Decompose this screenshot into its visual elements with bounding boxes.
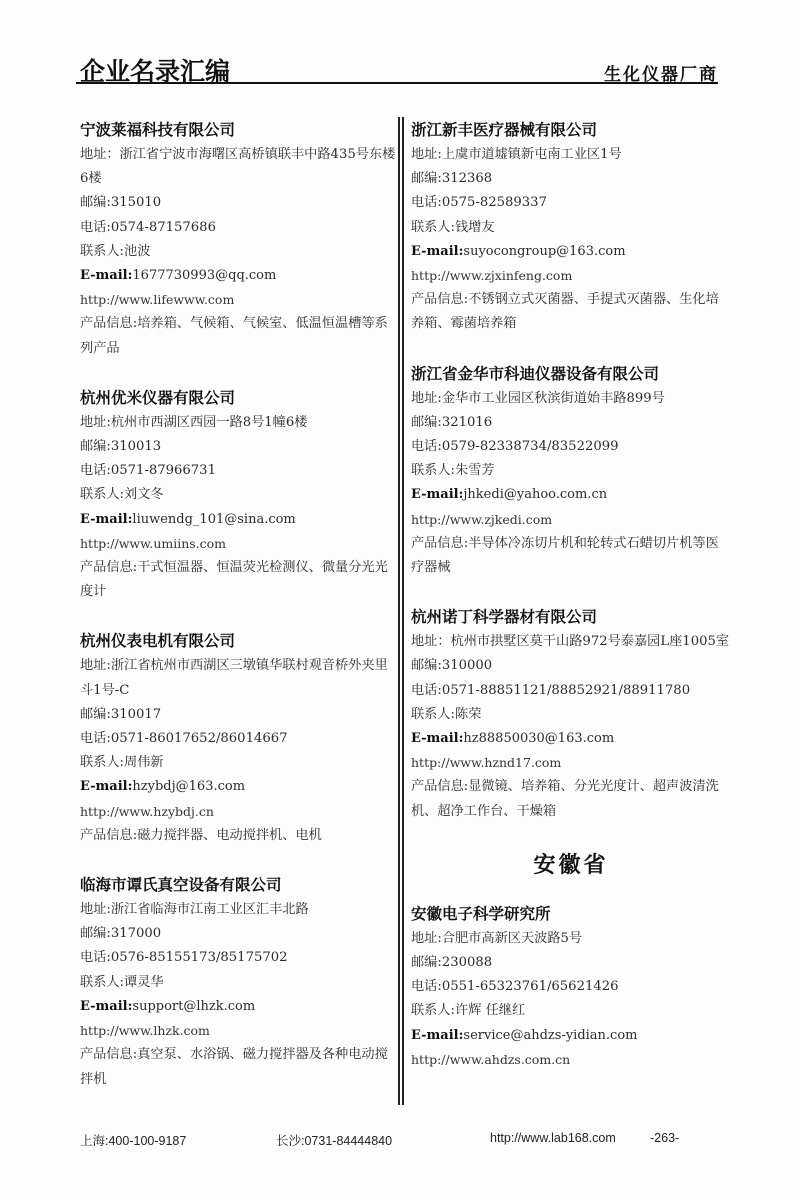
company-postcode: 邮编:317000	[80, 922, 396, 946]
company-products: 产品信息:半导体冷冻切片机和轮转式石蜡切片机等医疗器械	[411, 532, 731, 580]
company-contact: 联系人:朱雪芳	[411, 459, 731, 483]
company-website[interactable]: http://www.lhzk.com	[80, 1019, 396, 1043]
company-phone: 电话:0579-82338734/83522099	[411, 435, 731, 459]
company-contact: 联系人:刘文冬	[80, 483, 396, 507]
company-address: 地址：浙江省宁波市海曙区高桥镇联丰中路435号东楼6楼	[80, 143, 396, 191]
company-address: 地址:金华市工业园区秋滨街道始丰路899号	[411, 387, 731, 411]
company-address: 地址:杭州市西湖区西园一路8号1幢6楼	[80, 411, 396, 435]
email-value[interactable]: support@lhzk.com	[132, 999, 255, 1014]
company-email[interactable]: E-mail:hz88850030@163.com	[411, 727, 731, 751]
company-phone: 电话:0576-85155173/85175702	[80, 946, 396, 970]
company-entry: 浙江省金华市科迪仪器设备有限公司 地址:金华市工业园区秋滨街道始丰路899号 邮…	[411, 361, 731, 581]
email-value[interactable]: jhkedi@yahoo.com.cn	[463, 487, 607, 502]
company-entry: 宁波莱福科技有限公司 地址：浙江省宁波市海曙区高桥镇联丰中路435号东楼6楼 邮…	[80, 117, 396, 361]
company-name: 浙江新丰医疗器械有限公司	[411, 117, 731, 143]
company-address: 地址：杭州市拱墅区莫干山路972号泰嘉园L座1005室	[411, 630, 731, 654]
right-column: 浙江新丰医疗器械有限公司 地址:上虞市道墟镇新屯南工业区1号 邮编:312368…	[411, 117, 731, 1096]
company-website[interactable]: http://www.zjxinfeng.com	[411, 264, 731, 288]
email-value[interactable]: service@ahdzs-yidian.com	[463, 1028, 637, 1043]
company-entry: 杭州仪表电机有限公司 地址:浙江省杭州市西湖区三墩镇华联村观音桥外夹里斗1号-C…	[80, 628, 396, 848]
company-entry: 浙江新丰医疗器械有限公司 地址:上虞市道墟镇新屯南工业区1号 邮编:312368…	[411, 117, 731, 337]
company-postcode: 邮编:230088	[411, 951, 731, 975]
company-email[interactable]: E-mail:1677730993@qq.com	[80, 264, 396, 288]
company-products: 产品信息:不锈钢立式灭菌器、手提式灭菌器、生化培养箱、霉菌培养箱	[411, 288, 731, 336]
company-postcode: 邮编:310013	[80, 435, 396, 459]
company-products: 产品信息:磁力搅拌器、电动搅拌机、电机	[80, 824, 396, 848]
company-name: 宁波莱福科技有限公司	[80, 117, 396, 143]
company-entry: 临海市谭氏真空设备有限公司 地址:浙江省临海市江南工业区汇丰北路 邮编:3170…	[80, 872, 396, 1092]
company-email[interactable]: E-mail:service@ahdzs-yidian.com	[411, 1024, 731, 1048]
email-label: E-mail:	[411, 1028, 463, 1043]
company-email[interactable]: E-mail:support@lhzk.com	[80, 995, 396, 1019]
company-email[interactable]: E-mail:suyocongroup@163.com	[411, 240, 731, 264]
company-contact: 联系人:许辉 任继红	[411, 999, 731, 1023]
company-postcode: 邮编:310017	[80, 703, 396, 727]
company-email[interactable]: E-mail:jhkedi@yahoo.com.cn	[411, 483, 731, 507]
email-value[interactable]: 1677730993@qq.com	[132, 268, 276, 283]
province-heading: 安徽省	[411, 848, 731, 879]
company-website[interactable]: http://www.ahdzs.com.cn	[411, 1048, 731, 1072]
footer-website[interactable]: http://www.lab168.com	[490, 1131, 616, 1145]
company-entry: 杭州诺丁科学器材有限公司 地址：杭州市拱墅区莫干山路972号泰嘉园L座1005室…	[411, 604, 731, 824]
company-postcode: 邮编:310000	[411, 654, 731, 678]
email-value[interactable]: liuwendg_101@sina.com	[132, 512, 295, 527]
company-contact: 联系人:池波	[80, 240, 396, 264]
company-name: 安徽电子科学研究所	[411, 901, 731, 927]
email-value[interactable]: hz88850030@163.com	[463, 731, 614, 746]
company-name: 浙江省金华市科迪仪器设备有限公司	[411, 361, 731, 387]
page-number: -263-	[650, 1131, 679, 1145]
company-name: 杭州优米仪器有限公司	[80, 385, 396, 411]
footer-changsha-phone: 长沙:0731-84444840	[276, 1131, 392, 1149]
company-name: 杭州诺丁科学器材有限公司	[411, 604, 731, 630]
company-phone: 电话:0571-86017652/86014667	[80, 727, 396, 751]
company-postcode: 邮编:312368	[411, 167, 731, 191]
company-entry: 杭州优米仪器有限公司 地址:杭州市西湖区西园一路8号1幢6楼 邮编:310013…	[80, 385, 396, 605]
email-label: E-mail:	[411, 487, 463, 502]
email-label: E-mail:	[80, 512, 132, 527]
company-email[interactable]: E-mail:hzybdj@163.com	[80, 775, 396, 799]
company-phone: 电话:0571-87966731	[80, 459, 396, 483]
page-header: 企业名录汇编 生化仪器厂商	[80, 52, 718, 92]
email-label: E-mail:	[80, 268, 132, 283]
email-label: E-mail:	[80, 779, 132, 794]
company-products: 产品信息:干式恒温器、恒温荧光检测仪、微量分光光度计	[80, 556, 396, 604]
company-address: 地址:浙江省临海市江南工业区汇丰北路	[80, 898, 396, 922]
email-label: E-mail:	[411, 731, 463, 746]
company-postcode: 邮编:321016	[411, 411, 731, 435]
company-website[interactable]: http://www.lifewww.com	[80, 288, 396, 312]
company-website[interactable]: http://www.hzybdj.cn	[80, 800, 396, 824]
header-rule	[76, 82, 718, 84]
email-label: E-mail:	[411, 244, 463, 259]
company-phone: 电话:0574-87157686	[80, 216, 396, 240]
company-phone: 电话:0551-65323761/65621426	[411, 975, 731, 999]
email-value[interactable]: hzybdj@163.com	[132, 779, 245, 794]
company-name: 杭州仪表电机有限公司	[80, 628, 396, 654]
company-phone: 电话:0575-82589337	[411, 191, 731, 215]
company-products: 产品信息:显微镜、培养箱、分光光度计、超声波清洗机、超净工作台、干燥箱	[411, 775, 731, 823]
company-website[interactable]: http://www.zjkedi.com	[411, 508, 731, 532]
company-contact: 联系人:陈荣	[411, 703, 731, 727]
left-column: 宁波莱福科技有限公司 地址：浙江省宁波市海曙区高桥镇联丰中路435号东楼6楼 邮…	[80, 117, 396, 1116]
company-postcode: 邮编:315010	[80, 191, 396, 215]
company-name: 临海市谭氏真空设备有限公司	[80, 872, 396, 898]
company-contact: 联系人:钱增友	[411, 216, 731, 240]
company-contact: 联系人:谭灵华	[80, 971, 396, 995]
company-contact: 联系人:周伟新	[80, 751, 396, 775]
company-products: 产品信息:真空泵、水浴锅、磁力搅拌器及各种电动搅拌机	[80, 1043, 396, 1091]
email-label: E-mail:	[80, 999, 132, 1014]
column-divider	[398, 117, 404, 1105]
company-phone: 电话:0571-88851121/88852921/88911780	[411, 679, 731, 703]
email-value[interactable]: suyocongroup@163.com	[463, 244, 625, 259]
company-address: 地址:上虞市道墟镇新屯南工业区1号	[411, 143, 731, 167]
footer-shanghai-phone: 上海:400-100-9187	[80, 1131, 186, 1149]
company-products: 产品信息:培养箱、气候箱、气候室、低温恒温槽等系列产品	[80, 312, 396, 360]
company-address: 地址:合肥市高新区天波路5号	[411, 927, 731, 951]
company-entry: 安徽电子科学研究所 地址:合肥市高新区天波路5号 邮编:230088 电话:05…	[411, 901, 731, 1072]
company-website[interactable]: http://www.hznd17.com	[411, 751, 731, 775]
company-email[interactable]: E-mail:liuwendg_101@sina.com	[80, 508, 396, 532]
company-website[interactable]: http://www.umiins.com	[80, 532, 396, 556]
page-footer: 上海:400-100-9187 长沙:0731-84444840 http://…	[80, 1131, 720, 1151]
company-address: 地址:浙江省杭州市西湖区三墩镇华联村观音桥外夹里斗1号-C	[80, 654, 396, 702]
